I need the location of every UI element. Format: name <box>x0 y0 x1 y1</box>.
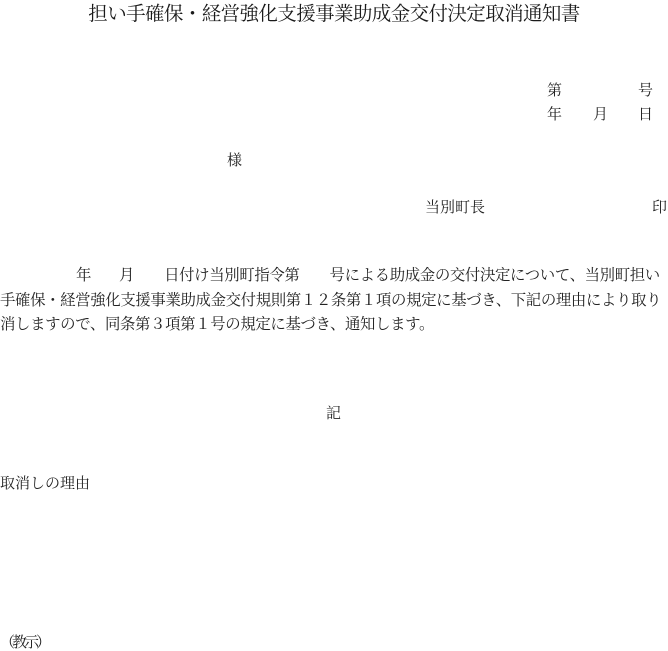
document-number-suffix: 号 <box>638 80 653 100</box>
instruction-label: （教示） <box>0 632 48 651</box>
body-month: 月 <box>119 266 134 284</box>
sender-name: 当別町長 <box>425 197 485 217</box>
body-line-3: 消しますので、同条第３項第１号の規定に基づき、通知します。 <box>0 312 668 337</box>
document-title: 担い手確保・経営強化支援事業助成金交付決定取消通知書 <box>0 2 668 26</box>
body-line-1: 年月日付け当別町指令第 号による助成金の交付決定について、当別町担い <box>0 263 668 288</box>
date-month: 月 <box>593 104 608 124</box>
addressee-suffix: 様 <box>227 150 242 170</box>
body-year: 年 <box>76 266 91 284</box>
reason-label: 取消しの理由 <box>0 473 90 493</box>
ki-heading: 記 <box>326 403 341 423</box>
body-line-2: 手確保・経営強化支援事業助成金交付規則第１２条第１項の規定に基づき、下記の理由に… <box>0 288 668 313</box>
document-number-prefix: 第 <box>547 80 562 100</box>
notice-body: 年月日付け当別町指令第 号による助成金の交付決定について、当別町担い 手確保・経… <box>0 263 668 337</box>
body-line-1-rest: 日付け当別町指令第 号による助成金の交付決定について、当別町担い <box>164 266 660 284</box>
sender-seal: 印 <box>652 197 667 217</box>
date-day: 日 <box>638 104 653 124</box>
date-year: 年 <box>547 104 562 124</box>
